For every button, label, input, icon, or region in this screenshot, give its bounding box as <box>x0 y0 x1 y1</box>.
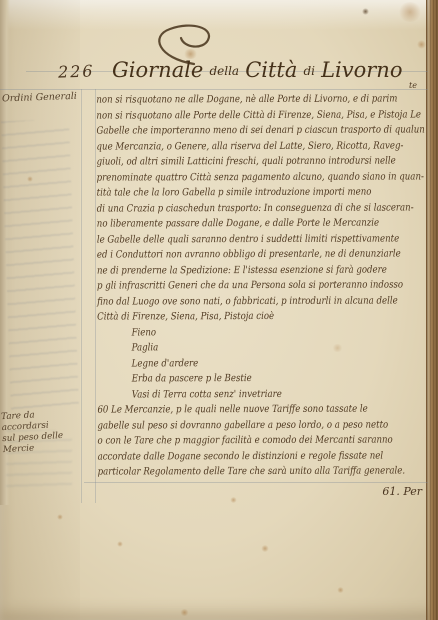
manuscript-line: le Gabelle delle quali saranno dentro i … <box>97 231 383 247</box>
margin-note-line: sul peso delle Mercie <box>2 430 83 456</box>
foxing-stain <box>398 2 422 22</box>
manuscript-line: di una Crazia p ciaschedun trasporto: In… <box>97 200 383 216</box>
foxing-stain <box>261 545 269 552</box>
manuscript-line: Città di Firenze, Siena, Pisa, Pistoja c… <box>97 309 383 325</box>
superscript-abbreviation: te <box>409 81 417 90</box>
foxing-stain <box>57 514 63 520</box>
manuscript-line: o con le Tare che p maggior facilità e c… <box>98 433 384 449</box>
page-title: Giornale della Città di Livorno <box>112 58 428 82</box>
list-item-line: Legne d'ardere <box>97 355 383 371</box>
manuscript-line: prenominate quattro Città senza pagament… <box>97 169 383 185</box>
title-word: Città <box>245 58 297 82</box>
list-item-line: Erba da pascere p le Bestie <box>97 371 383 387</box>
manuscript-line: giuoli, od altri simili Latticini fresch… <box>97 154 383 170</box>
manuscript-line: accordate dalle Dogane secondo le distin… <box>98 448 384 464</box>
manuscript-line: non si risquotano ne alle Dogane, nè all… <box>96 92 382 108</box>
foxing-stain <box>180 609 189 616</box>
manuscript-line: p gli infrascritti Generi che da una Per… <box>97 278 383 294</box>
foxing-stain <box>27 176 33 182</box>
foxing-stain <box>417 40 426 49</box>
title-word: Giornale <box>112 58 203 82</box>
foxing-stain <box>230 497 237 503</box>
manuscript-line: fino dal Luogo ove sono nati, o fabbrica… <box>97 293 383 309</box>
list-item-line: Paglia <box>97 340 383 356</box>
ink-spot <box>362 8 369 15</box>
manuscript-page: 226 Giornale della Città di Livorno te O… <box>0 0 438 620</box>
list-item-line: Fieno <box>97 324 383 340</box>
title-word: della <box>209 64 239 78</box>
manuscript-line: no liberamente passare dalle Dogane, e d… <box>97 216 383 232</box>
ruled-line-horizontal <box>84 482 428 483</box>
title-word: di <box>303 64 315 78</box>
margin-note-tare: Tare da accordarsi sul peso delle Mercie <box>1 408 83 456</box>
folio-number: 226 <box>58 61 95 81</box>
manuscript-text-block: non si risquotano ne alle Dogane, nè all… <box>96 91 429 480</box>
foxing-stain <box>117 541 123 547</box>
ink-showthrough <box>1 119 79 411</box>
manuscript-line: gabelle sul peso si dovranno gabellare a… <box>97 417 383 433</box>
manuscript-line: tità tale che la loro Gabella p simile i… <box>97 185 383 201</box>
foxing-stain <box>337 587 344 593</box>
manuscript-line: particolar Regolamento delle Tare che sa… <box>98 464 384 480</box>
manuscript-line: que Mercanzia, o Genere, alla riserva de… <box>96 138 382 154</box>
title-word: Livorno <box>321 58 402 82</box>
ruled-line-horizontal <box>0 89 428 90</box>
manuscript-line: ne di prenderne la Spedizione: E l'istes… <box>97 262 383 278</box>
catchword: 61. Per <box>382 485 422 498</box>
manuscript-line: ed i Conduttori non avranno obbligo di p… <box>97 247 383 263</box>
manuscript-line: Gabelle che importeranno meno di sei den… <box>96 123 382 139</box>
manuscript-line: non si risquotano alle Porte delle Città… <box>96 107 382 123</box>
manuscript-line: 60 Le Mercanzie, p le quali nelle nuove … <box>97 402 383 418</box>
list-item-line: Vasi di Terra cotta senz' invetriare <box>97 386 383 402</box>
